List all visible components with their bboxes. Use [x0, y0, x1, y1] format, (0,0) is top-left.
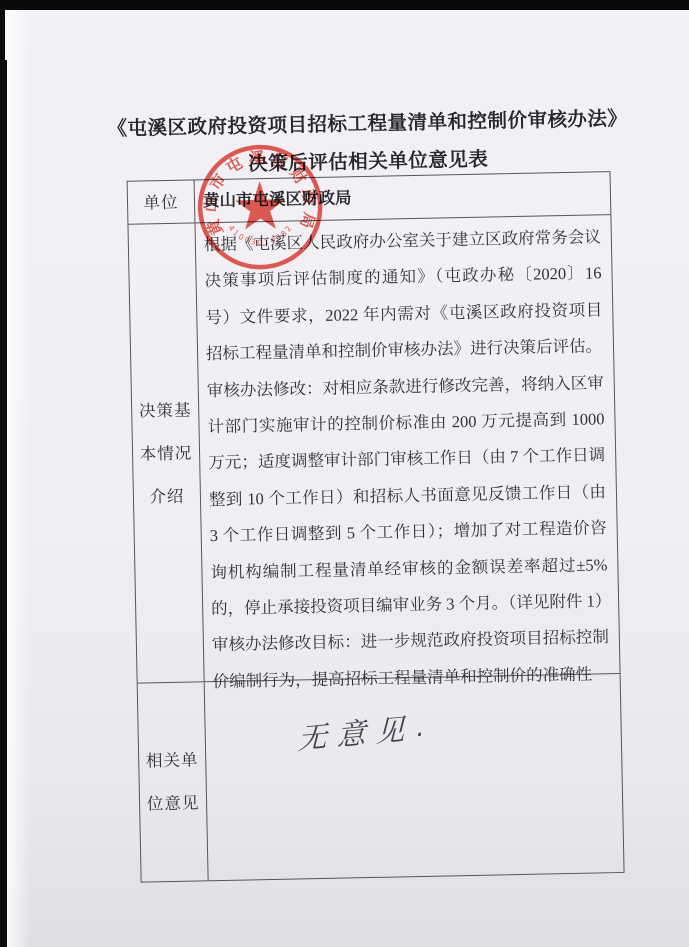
situation-content-cell: 根据《屯溪区人民政府办公室关于建立区政府常务会议决策事项后评估制度的通知》（屯政… [195, 215, 619, 681]
document-page: 《屯溪区政府投资项目招标工程量清单和控制价审核办法》 决策后评估相关单位意见表 … [5, 9, 689, 947]
opinion-label-line: 位意见 [146, 781, 199, 825]
opinion-label-line: 相关单 [146, 738, 199, 782]
scan-edge-left [0, 60, 7, 947]
handwritten-opinion-text: 无意见 [298, 711, 415, 756]
handwritten-period: . [416, 712, 425, 743]
document-title-line1: 《屯溪区政府投资项目招标工程量清单和控制价审核办法》 [57, 102, 677, 142]
opinion-label-cell: 相关单 位意见 [138, 682, 209, 881]
opinion-form-table: 单位 黄山市屯溪区财政局 决策基 本情况 介绍 根据《屯溪区人民政府办公室关于建… [127, 171, 625, 883]
scan-edge-top [0, 0, 689, 10]
situation-label-line: 本情况 [139, 431, 192, 475]
situation-paragraph-basis: 根据《屯溪区人民政府办公室关于建立区政府常务会议决策事项后评估制度的通知》（屯政… [204, 219, 604, 373]
situation-label-line: 决策基 [139, 388, 192, 432]
table-row-opinion: 相关单 位意见 无意见. [138, 674, 624, 882]
document-content: 《屯溪区政府投资项目招标工程量清单和控制价审核办法》 决策后评估相关单位意见表 … [1, 3, 689, 947]
unit-label-cell: 单位 [128, 180, 196, 223]
unit-value-cell: 黄山市屯溪区财政局 [195, 172, 611, 222]
table-row-situation: 决策基 本情况 介绍 根据《屯溪区人民政府办公室关于建立区政府常务会议决策事项后… [128, 215, 619, 684]
situation-label-line: 介绍 [149, 474, 185, 518]
situation-paragraph-revisions: 审核办法修改：对相应条款进行修改完善，将纳入区审计部门实施审计的控制价标准由 2… [206, 365, 608, 628]
opinion-content-cell: 无意见. [205, 674, 624, 880]
handwritten-opinion: 无意见. [298, 705, 425, 758]
situation-label-cell: 决策基 本情况 介绍 [128, 223, 204, 682]
